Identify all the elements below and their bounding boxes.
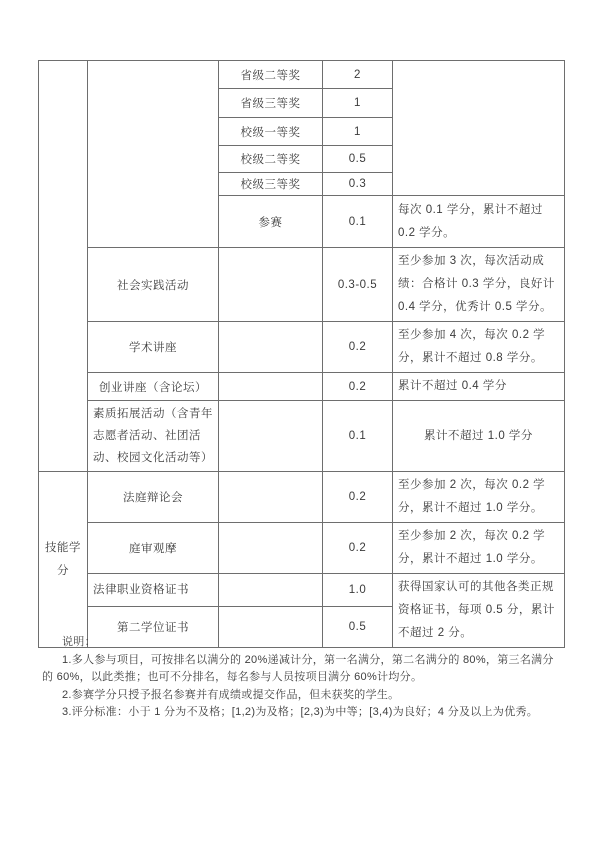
- note-item: 2.参赛学分只授予报名参赛并有成绩或提交作品，但未获奖的学生。: [42, 687, 564, 705]
- remark-cell-empty: [393, 61, 565, 196]
- sub-cell-empty: [219, 523, 323, 574]
- item-name: 素质拓展活动（含青年志愿者活动、社团活动、校园文化活动等）: [88, 401, 219, 472]
- award-level: 参赛: [219, 196, 323, 248]
- table-row: 技能学分 法庭辩论会 0.2 至少参加 2 次，每次 0.2 学分，累计不超过 …: [39, 472, 565, 523]
- notes-heading: 说明：: [42, 634, 564, 652]
- credit-score: 2: [323, 61, 393, 89]
- credit-score: 0.2: [323, 322, 393, 373]
- sub-cell-empty: [219, 401, 323, 472]
- remark: 每次 0.1 学分，累计不超过 0.2 学分。: [393, 196, 565, 248]
- credit-score: 0.3: [323, 173, 393, 196]
- category-label: 技能学分: [39, 472, 88, 648]
- remark: 至少参加 2 次，每次 0.2 学分，累计不超过 1.0 学分。: [393, 523, 565, 574]
- table-row: 学术讲座 0.2 至少参加 4 次，每次 0.2 学分，累计不超过 0.8 学分…: [39, 322, 565, 373]
- table-row: 法律职业资格证书 1.0 获得国家认可的其他各类正规资格证书，每项 0.5 分，…: [39, 574, 565, 607]
- credit-score: 1.0: [323, 574, 393, 607]
- credit-score: 0.2: [323, 523, 393, 574]
- notes-section: 说明： 1.多人参与项目，可按排名以满分的 20%递减计分，第一名满分，第二名满…: [42, 634, 564, 722]
- credit-score: 0.1: [323, 401, 393, 472]
- credits-table: 省级二等奖 2 省级三等奖 1 校级一等奖 1 校级二等奖 0.5 校级三等奖 …: [38, 60, 565, 648]
- table-row: 省级二等奖 2: [39, 61, 565, 89]
- remark: 至少参加 3 次，每次活动成绩：合格计 0.3 学分，良好计 0.4 学分，优秀…: [393, 248, 565, 322]
- sub-cell-empty: [219, 248, 323, 322]
- item-name: 法律职业资格证书: [88, 574, 219, 607]
- category-cell-empty: [39, 61, 88, 472]
- remark: 至少参加 2 次，每次 0.2 学分，累计不超过 1.0 学分。: [393, 472, 565, 523]
- credit-score: 1: [323, 118, 393, 146]
- remark: 至少参加 4 次，每次 0.2 学分，累计不超过 0.8 学分。: [393, 322, 565, 373]
- item-name: 社会实践活动: [88, 248, 219, 322]
- note-item: 1.多人参与项目，可按排名以满分的 20%递减计分，第一名满分，第二名满分的 8…: [42, 652, 564, 687]
- sub-cell-empty: [219, 373, 323, 401]
- award-level: 省级二等奖: [219, 61, 323, 89]
- award-level: 校级二等奖: [219, 146, 323, 173]
- table-row: 社会实践活动 0.3-0.5 至少参加 3 次，每次活动成绩：合格计 0.3 学…: [39, 248, 565, 322]
- credit-score: 0.5: [323, 146, 393, 173]
- credit-score: 0.2: [323, 472, 393, 523]
- document-page: 省级二等奖 2 省级三等奖 1 校级一等奖 1 校级二等奖 0.5 校级三等奖 …: [0, 0, 599, 848]
- credit-score: 0.2: [323, 373, 393, 401]
- remark: 累计不超过 0.4 学分: [393, 373, 565, 401]
- item-name: 法庭辩论会: [88, 472, 219, 523]
- sub-cell-empty: [219, 574, 323, 607]
- item-name: 创业讲座（含论坛）: [88, 373, 219, 401]
- credit-score: 0.1: [323, 196, 393, 248]
- sub-cell-empty: [219, 322, 323, 373]
- sub-cell-empty: [219, 472, 323, 523]
- credit-score: 0.3-0.5: [323, 248, 393, 322]
- item-cell-empty: [88, 61, 219, 248]
- table-row: 庭审观摩 0.2 至少参加 2 次，每次 0.2 学分，累计不超过 1.0 学分…: [39, 523, 565, 574]
- award-level: 省级三等奖: [219, 89, 323, 118]
- item-name: 庭审观摩: [88, 523, 219, 574]
- award-level: 校级三等奖: [219, 173, 323, 196]
- credit-score: 1: [323, 89, 393, 118]
- item-name: 学术讲座: [88, 322, 219, 373]
- note-item: 3.评分标准：小于 1 分为不及格；[1,2)为及格；[2,3)为中等；[3,4…: [42, 704, 564, 722]
- award-level: 校级一等奖: [219, 118, 323, 146]
- table-row: 创业讲座（含论坛） 0.2 累计不超过 0.4 学分: [39, 373, 565, 401]
- remark: 累计不超过 1.0 学分: [393, 401, 565, 472]
- table-row: 素质拓展活动（含青年志愿者活动、社团活动、校园文化活动等） 0.1 累计不超过 …: [39, 401, 565, 472]
